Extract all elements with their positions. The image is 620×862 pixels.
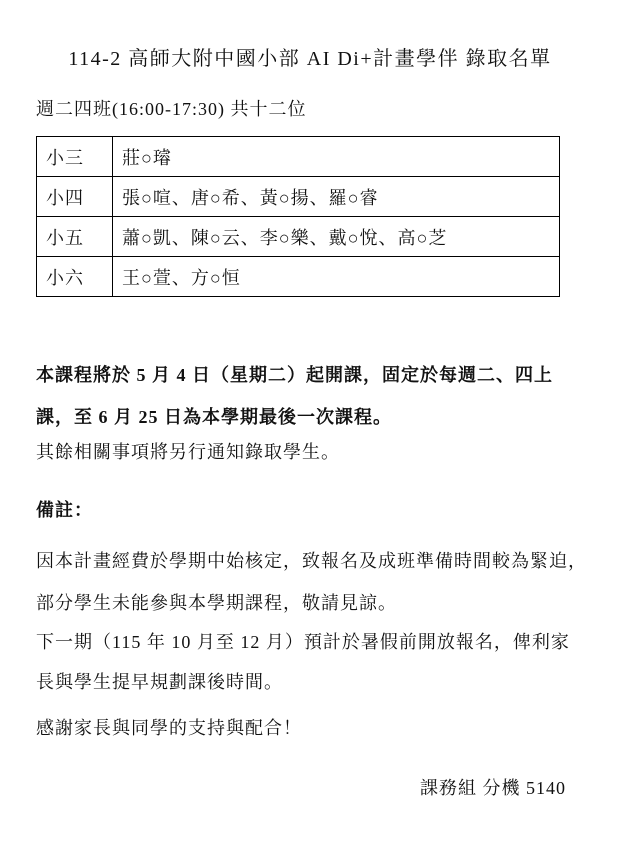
grade-cell: 小五 [37, 217, 113, 257]
table-row: 小六 王○萱、方○恒 [37, 257, 560, 297]
document-page: 114-2 高師大附中國小部 AI Di+計畫學伴 錄取名單 週二四班(16:0… [0, 0, 620, 862]
names-cell: 蕭○凱、陳○云、李○樂、戴○悅、高○芝 [113, 217, 560, 257]
other-info-paragraph: 其餘相關事項將另行通知錄取學生。 [36, 440, 588, 464]
names-cell: 莊○璿 [113, 137, 560, 177]
table-row: 小五 蕭○凱、陳○云、李○樂、戴○悅、高○芝 [37, 217, 560, 257]
grade-cell: 小三 [37, 137, 113, 177]
course-schedule-paragraph: 本課程將於 5 月 4 日（星期二）起開課，固定於每週二、四上課，至 6 月 2… [36, 354, 588, 438]
remark-paragraph-2: 下一期（115 年 10 月至 12 月）預計於暑假前開放報名，俾利家長與學生提… [36, 622, 588, 702]
remark-label: 備註： [36, 498, 588, 522]
table-row: 小三 莊○璿 [37, 137, 560, 177]
class-session-subtitle: 週二四班(16:00-17:30) 共十二位 [36, 95, 306, 121]
roster-table: 小三 莊○璿 小四 張○喧、唐○希、黃○揚、羅○睿 小五 蕭○凱、陳○云、李○樂… [36, 136, 560, 297]
footer-department-extension: 課務組 分機 5140 [36, 776, 566, 800]
grade-cell: 小六 [37, 257, 113, 297]
table-row: 小四 張○喧、唐○希、黃○揚、羅○睿 [37, 177, 560, 217]
grade-cell: 小四 [37, 177, 113, 217]
thanks-paragraph: 感謝家長與同學的支持與配合！ [36, 716, 588, 740]
page-title: 114-2 高師大附中國小部 AI Di+計畫學伴 錄取名單 [0, 42, 620, 71]
names-cell: 張○喧、唐○希、黃○揚、羅○睿 [113, 177, 560, 217]
remark-paragraph-1: 因本計畫經費於學期中始核定，致報名及成班準備時間較為緊迫，部分學生未能參與本學期… [36, 540, 588, 624]
names-cell: 王○萱、方○恒 [113, 257, 560, 297]
